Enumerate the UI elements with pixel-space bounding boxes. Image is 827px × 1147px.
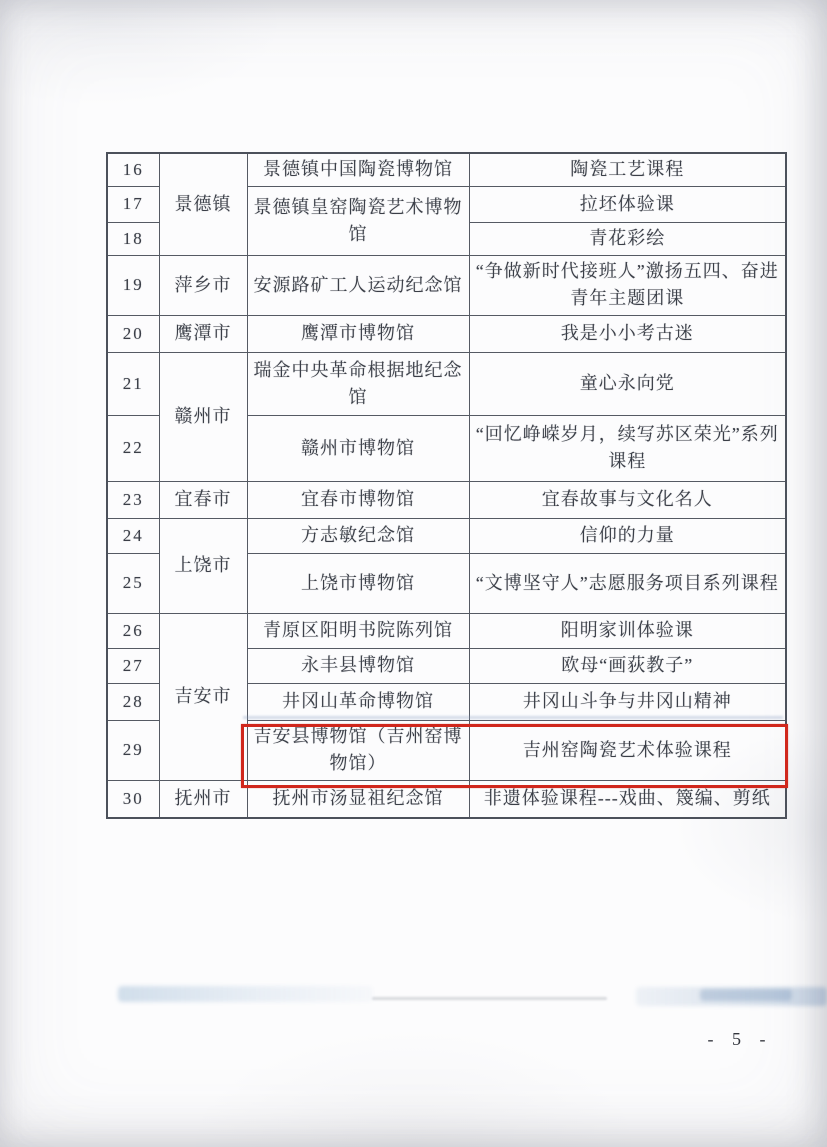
cell-museum: 方志敏纪念馆 — [247, 518, 469, 553]
table-row: 24上饶市方志敏纪念馆信仰的力量 — [107, 518, 786, 553]
cell-city: 宜春市 — [159, 481, 247, 518]
table-row: 30抚州市抚州市汤显祖纪念馆非遗体验课程---戏曲、篾编、剪纸 — [107, 780, 786, 818]
cell-museum: 永丰县博物馆 — [247, 648, 469, 683]
bleedthrough-smudge-dots — [700, 989, 792, 1001]
cell-museum: 安源路矿工人运动纪念馆 — [247, 255, 469, 315]
cell-museum: 吉安县博物馆（吉州窑博物馆） — [247, 720, 469, 780]
table-row: 21赣州市瑞金中央革命根据地纪念馆童心永向党 — [107, 352, 786, 415]
cell-course: “争做新时代接班人”激扬五四、奋进青年主题团课 — [469, 255, 786, 315]
cell-course: 拉坯体验课 — [469, 186, 786, 222]
cell-row-number: 24 — [107, 518, 159, 553]
cell-row-number: 27 — [107, 648, 159, 683]
cell-row-number: 16 — [107, 153, 159, 186]
cell-course: 阳明家训体验课 — [469, 613, 786, 648]
cell-city: 萍乡市 — [159, 255, 247, 315]
cell-city: 鹰潭市 — [159, 315, 247, 352]
cell-row-number: 21 — [107, 352, 159, 415]
cell-course: 欧母“画荻教子” — [469, 648, 786, 683]
cell-course: 青花彩绘 — [469, 222, 786, 255]
cell-row-number: 29 — [107, 720, 159, 780]
bleedthrough-smudge-right — [636, 987, 827, 1006]
table-row: 23宜春市宜春市博物馆宜春故事与文化名人 — [107, 481, 786, 518]
cell-course: 非遗体验课程---戏曲、篾编、剪纸 — [469, 780, 786, 818]
cell-city: 景德镇 — [159, 153, 247, 255]
cell-row-number: 25 — [107, 553, 159, 613]
cell-course: 井冈山斗争与井冈山精神 — [469, 683, 786, 720]
cell-row-number: 17 — [107, 186, 159, 222]
cell-course: “回忆峥嵘岁月，续写苏区荣光”系列课程 — [469, 415, 786, 481]
document-page: 16景德镇景德镇中国陶瓷博物馆陶瓷工艺课程17景德镇皇窑陶瓷艺术博物馆拉坯体验课… — [0, 0, 827, 1147]
cell-museum: 井冈山革命博物馆 — [247, 683, 469, 720]
cell-row-number: 22 — [107, 415, 159, 481]
cell-museum: 宜春市博物馆 — [247, 481, 469, 518]
cell-row-number: 30 — [107, 780, 159, 818]
table-row: 20鹰潭市鹰潭市博物馆我是小小考古迷 — [107, 315, 786, 352]
cell-course: 宜春故事与文化名人 — [469, 481, 786, 518]
cell-city: 上饶市 — [159, 518, 247, 613]
cell-museum: 抚州市汤显祖纪念馆 — [247, 780, 469, 818]
table-row: 26吉安市青原区阳明书院陈列馆阳明家训体验课 — [107, 613, 786, 648]
cell-row-number: 19 — [107, 255, 159, 315]
cell-museum: 上饶市博物馆 — [247, 553, 469, 613]
cell-city: 赣州市 — [159, 352, 247, 481]
cell-course: 童心永向党 — [469, 352, 786, 415]
page-number: - 5 - — [688, 1029, 788, 1050]
cell-city: 吉安市 — [159, 613, 247, 780]
table-row: 16景德镇景德镇中国陶瓷博物馆陶瓷工艺课程 — [107, 153, 786, 186]
cell-course: 吉州窑陶瓷艺术体验课程 — [469, 720, 786, 780]
cell-museum: 青原区阳明书院陈列馆 — [247, 613, 469, 648]
cell-row-number: 20 — [107, 315, 159, 352]
cell-course: 我是小小考古迷 — [469, 315, 786, 352]
cell-course: 陶瓷工艺课程 — [469, 153, 786, 186]
cell-museum: 景德镇皇窑陶瓷艺术博物馆 — [247, 186, 469, 255]
cell-museum: 瑞金中央革命根据地纪念馆 — [247, 352, 469, 415]
cell-course: 信仰的力量 — [469, 518, 786, 553]
cell-row-number: 23 — [107, 481, 159, 518]
cell-row-number: 26 — [107, 613, 159, 648]
cell-museum: 鹰潭市博物馆 — [247, 315, 469, 352]
cell-museum: 景德镇中国陶瓷博物馆 — [247, 153, 469, 186]
table-row: 19萍乡市安源路矿工人运动纪念馆“争做新时代接班人”激扬五四、奋进青年主题团课 — [107, 255, 786, 315]
bleedthrough-smudge-middle — [372, 997, 607, 1000]
cell-row-number: 18 — [107, 222, 159, 255]
cell-city: 抚州市 — [159, 780, 247, 818]
cell-museum: 赣州市博物馆 — [247, 415, 469, 481]
cell-row-number: 28 — [107, 683, 159, 720]
cell-course: “文博坚守人”志愿服务项目系列课程 — [469, 553, 786, 613]
scan-artifact-streak — [243, 716, 783, 719]
bleedthrough-smudge-left — [118, 986, 373, 1002]
